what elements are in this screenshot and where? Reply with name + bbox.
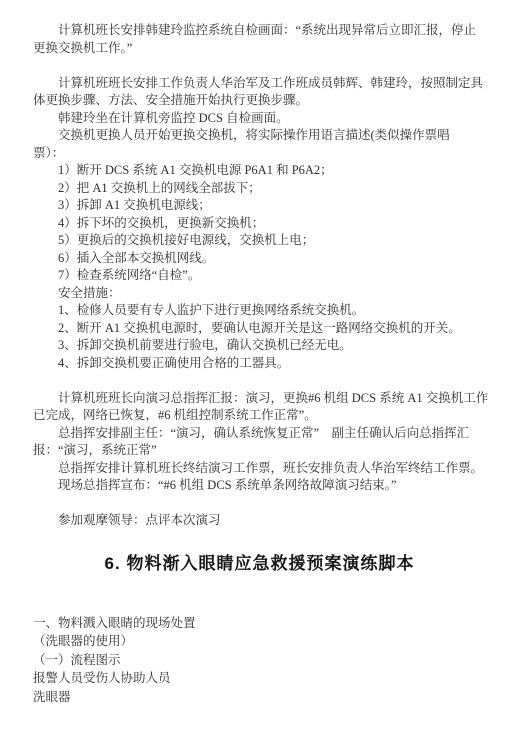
text-line: （一）流程图示 xyxy=(33,651,519,670)
text-line: 报：“演习，系统正常” xyxy=(33,442,499,460)
text-line: 交换机更换人员开始更换交换机，将实际操作用语言描述(类似操作票唱 xyxy=(33,127,499,145)
text-line: 一、物料溅入眼睛的现场处置 xyxy=(33,614,519,633)
text-line: （洗眼器的使用） xyxy=(33,632,519,651)
text-line: 5）更换后的交换机接好电源线，交换机上电； xyxy=(33,232,499,250)
blank-line xyxy=(33,495,499,513)
text-line: 总指挥安排副主任：“演习，确认系统恢复正常” 副主任确认后向总指挥汇 xyxy=(33,425,499,443)
text-line: 参加观摩领导：点评本次演习 xyxy=(33,512,499,530)
text-line: 3）拆卸 A1 交换机电源线； xyxy=(33,197,499,215)
text-line: 更换交换机工作。” xyxy=(33,40,499,58)
text-line: 4、拆卸交换机要正确使用合格的工器具。 xyxy=(33,355,499,373)
text-line: 6）插入全部本交换机网线。 xyxy=(33,250,499,268)
bottom-text-section: 一、物料溅入眼睛的现场处置（洗眼器的使用）（一）流程图示报警人员受伤人协助人员洗… xyxy=(0,614,519,707)
text-line: 计算机班长安排韩建玲监控系统自检画面：“系统出现异常后立即汇报，停止 xyxy=(33,22,499,40)
text-line: 韩建玲坐在计算机旁监控 DCS 自检画面。 xyxy=(33,110,499,128)
text-line: 安全措施： xyxy=(33,285,499,303)
top-text-section: 计算机班长安排韩建玲监控系统自检画面：“系统出现异常后立即汇报，停止更换交换机工… xyxy=(0,0,519,530)
text-line: 1、检修人员要有专人监护下进行更换网络系统交换机。 xyxy=(33,302,499,320)
text-line: 2、断开 A1 交换机电源时，要确认电源开关是这一路网络交换机的开关。 xyxy=(33,320,499,338)
text-line: 总指挥安排计算机班长终结演习工作票，班长安排负责人华治军终结工作票。 xyxy=(33,460,499,478)
text-line: 计算机班班长向演习总指挥汇报：演习，更换#6 机组 DCS 系统 A1 交换机工… xyxy=(33,390,499,408)
text-line: 2）把 A1 交换机上的网线全部拔下； xyxy=(33,180,499,198)
text-line: 3、拆卸交换机前要进行验电，确认交换机已经无电。 xyxy=(33,337,499,355)
text-line: 报警人员受伤人协助人员 xyxy=(33,669,519,688)
text-line: 计算机班班长安排工作负责人华治军及工作班成员韩辉、韩建玲，按照制定具 xyxy=(33,75,499,93)
text-line: 已完成，网络已恢复，#6 机组控制系统工作正常”。 xyxy=(33,407,499,425)
text-line: 1）断开 DCS 系统 A1 交换机电源 P6A1 和 P6A2； xyxy=(33,162,499,180)
document-page: 计算机班长安排韩建玲监控系统自检画面：“系统出现异常后立即汇报，停止更换交换机工… xyxy=(0,0,519,746)
text-line: 4）拆下坏的交换机，更换新交换机； xyxy=(33,215,499,233)
blank-line xyxy=(33,372,499,390)
text-line: 体更换步骤、方法、安全措施开始执行更换步骤。 xyxy=(33,92,499,110)
text-line: 现场总指挥宣布：“#6 机组 DCS 系统单条网络故障演习结束。” xyxy=(33,477,499,495)
text-line: 票）： xyxy=(33,145,499,163)
blank-line xyxy=(33,57,499,75)
text-line: 7）检查系统网络“自检”。 xyxy=(33,267,499,285)
section-heading: 6. 物料渐入眼睛应急救援预案演练脚本 xyxy=(0,552,519,576)
text-line: 洗眼器 xyxy=(33,688,519,707)
